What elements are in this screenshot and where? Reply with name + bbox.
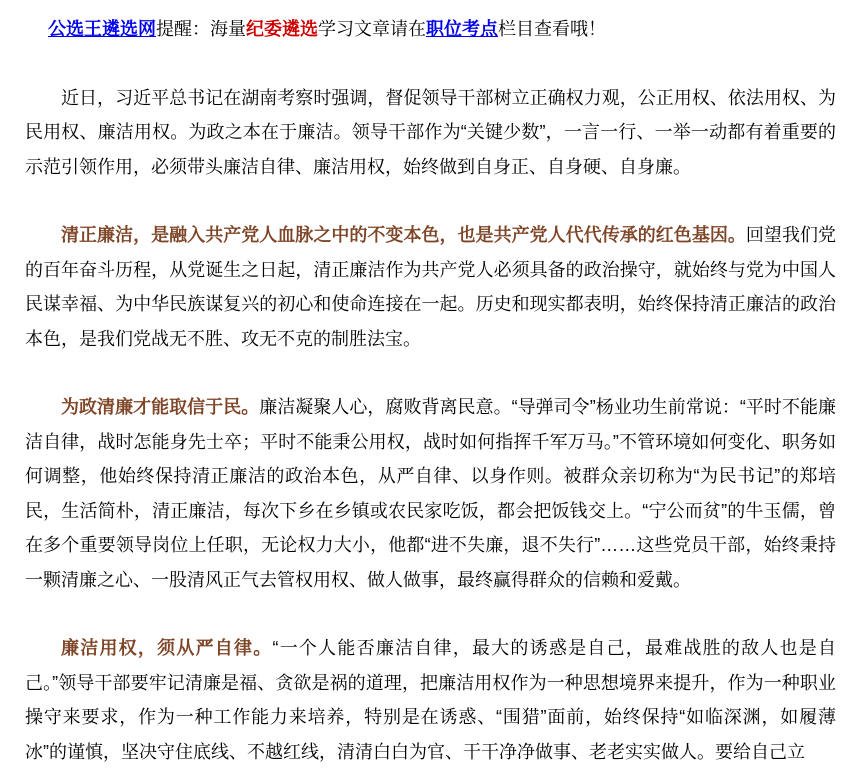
notice-line: 公选王遴选网提醒：海量纪委遴选学习文章请在职位考点栏目查看哦！ [25, 12, 836, 47]
zhiwei-kaodian-link[interactable]: 职位考点 [426, 19, 498, 39]
paragraph-text: 近日，习近平总书记在湖南考察时强调，督促领导干部树立正确权力观，公正用权、依法用… [25, 88, 836, 177]
paragraph-lead: 清正廉洁，是融入共产党人血脉之中的不变本色，也是共产党人代代传承的红色基因。 [61, 225, 746, 245]
notice-text-3: 栏目查看哦！ [498, 19, 606, 39]
paragraph-2: 清正廉洁，是融入共产党人血脉之中的不变本色，也是共产党人代代传承的红色基因。回望… [25, 218, 836, 356]
paragraph-text: 廉洁凝聚人心，腐败背离民意。“导弹司令”杨业功生前常说：“平时不能廉洁自律，战时… [25, 397, 836, 590]
article-body: 公选王遴选网提醒：海量纪委遴选学习文章请在职位考点栏目查看哦！ 近日，习近平总书… [0, 0, 844, 769]
paragraph-4: 廉洁用权，须从严自律。“一个人能否廉洁自律，最大的诱惑是自己，最难战胜的敌人也是… [25, 631, 836, 769]
paragraph-3: 为政清廉才能取信于民。廉洁凝聚人心，腐败背离民意。“导弹司令”杨业功生前常说：“… [25, 390, 836, 597]
jiwei-lianxuan-highlight: 纪委遴选 [246, 19, 318, 39]
paragraph-1: 近日，习近平总书记在湖南考察时强调，督促领导干部树立正确权力观，公正用权、依法用… [25, 81, 836, 185]
notice-text-2: 学习文章请在 [318, 19, 426, 39]
paragraph-lead: 廉洁用权，须从严自律。 [61, 638, 272, 658]
paragraph-lead: 为政清廉才能取信于民。 [61, 397, 259, 417]
gongxuanwang-link[interactable]: 公选王遴选网 [48, 19, 156, 39]
notice-text-1: 提醒：海量 [156, 19, 246, 39]
